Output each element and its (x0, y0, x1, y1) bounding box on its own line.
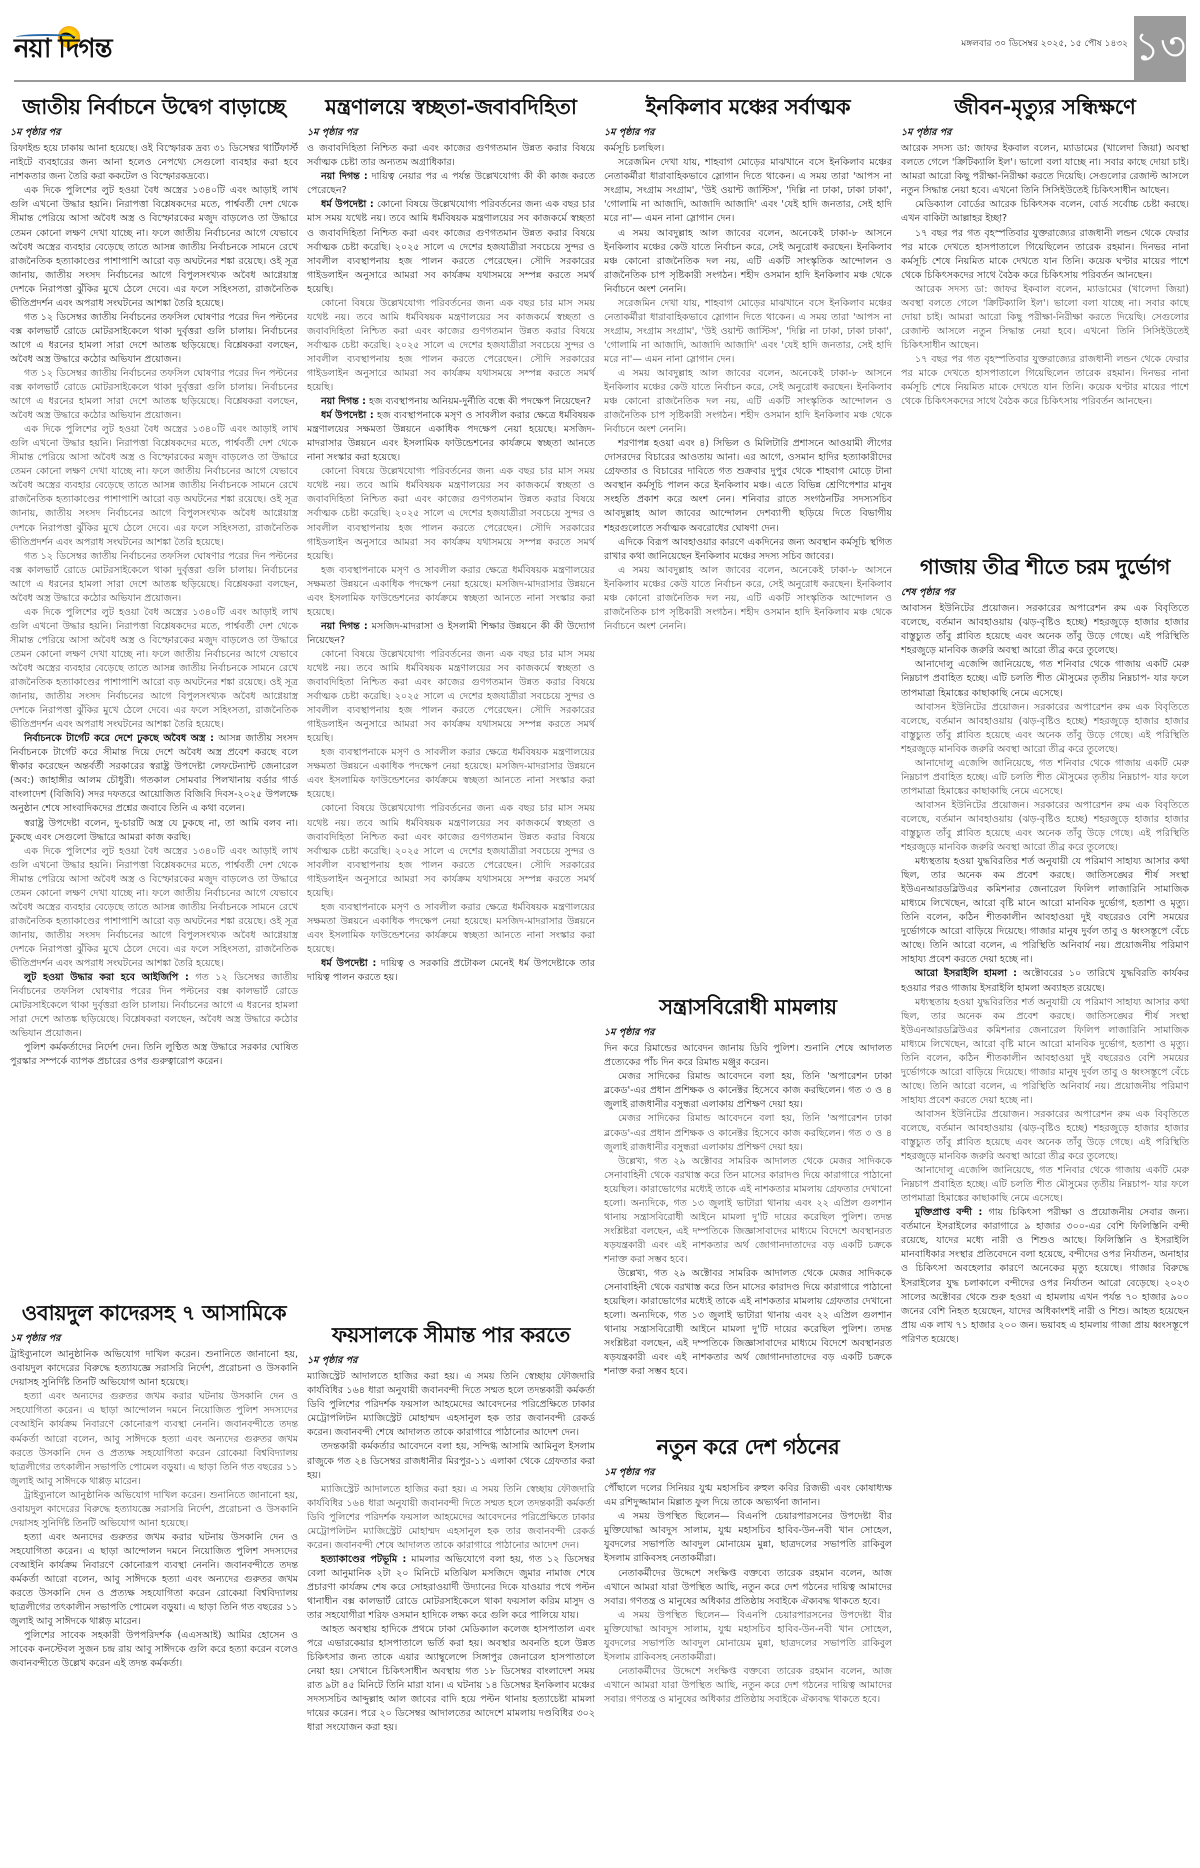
paragraph: স্বরাষ্ট্র উপদেষ্টা বলেন, দু-চারটি অস্ত্… (10, 817, 298, 845)
paragraph: নেতাকর্মীদের উদ্দেশে সংক্ষিপ্ত বক্তব্যে … (604, 1665, 892, 1707)
paragraph: হত্যা এবং অন্যদের গুরুতর জখম করার ঘটনায়… (10, 1531, 298, 1629)
paragraph: আনাদোলু এজেন্সি জানিয়েছে, গত শনিবার থেক… (901, 658, 1189, 700)
qa-item: নয়া দিগন্ত : হজ ব্যবস্থাপনায় অনিয়ম-দু… (307, 395, 595, 409)
paragraph: ম্যাজিস্ট্রেট আদালতে হাজির করা হয়। এ সম… (307, 1483, 595, 1553)
continued-label: ১ম পৃষ্ঠার পর (307, 1354, 595, 1369)
article-body: কর্মসূচি চলছিল। সরেজমিন দেখা যায়, শাহবা… (604, 142, 892, 634)
article-ministry-transparency: মন্ত্রণালয়ে স্বচ্ছতা-জবাবদিহিতা ১ম পৃষ্… (307, 94, 595, 985)
newspaper-logo[interactable]: নয়া দিগন্ত (14, 30, 111, 70)
paragraph: কোনো বিষয়ে উল্লেখযোগ্য পরিবর্তনের জন্য … (307, 297, 595, 395)
subhead-paragraph: লুট হওয়া উদ্ধার করা হবে আইজিপি : গত ১২ … (10, 971, 298, 1041)
article-body: রিফাইন্ড হয়ে ঢাকায় আনা হয়েছে। ওই বিস্… (10, 142, 298, 1069)
paragraph: এ সময় উপস্থিত ছিলেন— বিএনপি চেয়ারপারসন… (604, 1609, 892, 1665)
article-anti-terror-case: সন্ত্রাসবিরোধী মামলায় ১ম পৃষ্ঠার পর দিন… (604, 988, 892, 1379)
column-2: মন্ত্রণালয়ে স্বচ্ছতা-জবাবদিহিতা ১ম পৃষ্… (307, 88, 595, 985)
paragraph: ১৭ বছর পর গত বৃহস্পতিবার যুক্তরাজ্যের রা… (901, 353, 1189, 409)
continued-label: ১ম পৃষ্ঠার পর (604, 1026, 892, 1041)
column-1: জাতীয় নির্বাচনে উদ্বেগ বাড়াচ্ছে ১ম পৃষ… (10, 88, 298, 1069)
subhead-label: আরো ইসরাইলি হামলা : (915, 968, 1017, 979)
qa-item: ধর্ম উপদেষ্টা : কোনো বিষয়ে উল্লেখযোগ্য … (307, 198, 595, 296)
paragraph: এ সময় আবদুল্লাহ আল জাবের বলেন, অনেকেই ঢ… (604, 564, 892, 634)
article-body: দিন করে রিমান্ডের আবেদন জানায় ডিবি পুলি… (604, 1042, 892, 1379)
paragraph: আনাদোলু এজেন্সি জানিয়েছে, গত শনিবার থেক… (901, 1164, 1189, 1206)
paragraph: মেজর সাদিকের রিমান্ড আবেদনে বলা হয়, তিন… (604, 1070, 892, 1112)
paragraph: গত ১২ ডিসেম্বর জাতীয় নির্বাচনের তফসিল ঘ… (10, 367, 298, 423)
paragraph: উল্লেখ্য, গত ২৯ অক্টোবর সামরিক আদালত থেক… (604, 1155, 892, 1267)
article-inqilab-mancha: ইনকিলাব মঞ্চের সর্বাত্মক ১ম পৃষ্ঠার পর ক… (604, 94, 892, 634)
paragraph: এক দিকে পুলিশের লুট হওয়া বৈধ অস্ত্রের ১… (10, 845, 298, 971)
paragraph: এ সময় উপস্থিত ছিলেন— বিএনপি চেয়ারপারসন… (604, 1510, 892, 1566)
continued-label: ১ম পৃষ্ঠার পর (307, 126, 595, 141)
paragraph: মধ্যস্থতায় হওয়া যুদ্ধবিরতির শর্ত অনুযা… (901, 855, 1189, 967)
subhead-label: লুট হওয়া উদ্ধার করা হবে আইজিপি : (24, 972, 189, 983)
headline[interactable]: ওবায়দুল কাদেরসহ ৭ আসামিকে (10, 1300, 298, 1326)
continued-label: ১ম পৃষ্ঠার পর (901, 126, 1189, 141)
paragraph: কোনো বিষয়ে উল্লেখযোগ্য পরিবর্তনের জন্য … (307, 802, 595, 900)
article-obaidul-quader: ওবায়দুল কাদেরসহ ৭ আসামিকে ১ম পৃষ্ঠার পর… (10, 1294, 298, 1671)
paragraph: মধ্যস্থতায় হওয়া যুদ্ধবিরতির শর্ত অনুযা… (901, 996, 1189, 1108)
paragraph: আরেক সদস্য ডা: জাফর ইকবাল বলেন, ম্যাডামে… (901, 283, 1189, 353)
headline[interactable]: জীবন-মৃত্যুর সন্ধিক্ষণে (901, 94, 1189, 120)
paragraph: দিন করে রিমান্ডের আবেদন জানায় ডিবি পুলি… (604, 1042, 892, 1070)
paragraph: এ সময় আবদুল্লাহ আল জাবের বলেন, অনেকেই ঢ… (604, 367, 892, 437)
paragraph: ও জবাবদিহিতা নিশ্চিত করা এবং কাজের গুণগত… (307, 142, 595, 170)
headline[interactable]: ইনকিলাব মঞ্চের সর্বাত্মক (604, 94, 892, 120)
paragraph: ম্যাজিস্ট্রেট আদালতে হাজির করা হয়। এ সম… (307, 1370, 595, 1440)
article-body: ম্যাজিস্ট্রেট আদালতে হাজির করা হয়। এ সম… (307, 1370, 595, 1735)
article-nation-building: নতুন করে দেশ গঠনের ১ম পৃষ্ঠার পর পৌঁছালে… (604, 1428, 892, 1707)
paragraph: আরেক সদস্য ডা: জাফর ইকবাল বলেন, ম্যাডামে… (901, 142, 1189, 198)
qa-item: নয়া দিগন্ত : মসজিদ-মাদরাসা ও ইসলামী শিক… (307, 620, 595, 648)
subhead-label: নির্বাচনকে টার্গেট করে দেশে ঢুকছে অবৈধ অ… (24, 733, 214, 744)
paragraph: আনাদোলু এজেন্সি জানিয়েছে, গত শনিবার থেক… (901, 757, 1189, 799)
continued-label: ১ম পৃষ্ঠার পর (604, 1466, 892, 1481)
paragraph: কর্মসূচি চলছিল। (604, 142, 892, 156)
headline[interactable]: জাতীয় নির্বাচনে উদ্বেগ বাড়াচ্ছে (10, 94, 298, 120)
qa-item: ধর্ম উপদেষ্টা : দায়িত্ব ও সরকারি প্রটোক… (307, 957, 595, 985)
paragraph: কোনো বিষয়ে উল্লেখযোগ্য পরিবর্তনের জন্য … (307, 648, 595, 746)
subhead-paragraph: হত্যাকাণ্ডের পটভূমি : মামলার অভিযোগে বলা… (307, 1553, 595, 1623)
paragraph: পৌঁছালে দলের সিনিয়র যুগ্ম মহাসচিব রুহুল… (604, 1482, 892, 1510)
column-4: জীবন-মৃত্যুর সন্ধিক্ষণে ১ম পৃষ্ঠার পর আর… (901, 88, 1189, 409)
paragraph: হজ ব্যবস্থাপনাকে মসৃণ ও সাবলীল করার ক্ষে… (307, 564, 595, 620)
article-election-concern: জাতীয় নির্বাচনে উদ্বেগ বাড়াচ্ছে ১ম পৃষ… (10, 94, 298, 1069)
paragraph: উল্লেখ্য, গত ২৯ অক্টোবর সামরিক আদালত থেক… (604, 1267, 892, 1379)
paragraph: এদিকে বিরূপ আবহাওয়ার কারণে একদিনের জন্য… (604, 536, 892, 564)
masthead-divider (14, 80, 1186, 82)
headline[interactable]: ফয়সালকে সীমান্ত পার করতে (307, 1322, 595, 1348)
paragraph: কোনো বিষয়ে উল্লেখযোগ্য পরিবর্তনের জন্য … (307, 465, 595, 563)
headline[interactable]: নতুন করে দেশ গঠনের (604, 1434, 892, 1460)
paragraph: ট্রাইব্যুনালে আনুষ্ঠানিক অভিযোগ দাখিল কর… (10, 1489, 298, 1531)
dateline: মঙ্গলবার ৩০ ডিসেম্বর ২০২৫, ১৫ পৌষ ১৪৩২ (961, 36, 1128, 51)
logo-wing-icon (16, 34, 76, 40)
paragraph: ১৭ বছর পর গত বৃহস্পতিবার যুক্তরাজ্যের রা… (901, 227, 1189, 283)
page-number-badge: ১৩ (1134, 16, 1186, 80)
subhead-paragraph: নির্বাচনকে টার্গেট করে দেশে ঢুকছে অবৈধ অ… (10, 732, 298, 816)
article-body: আরেক সদস্য ডা: জাফর ইকবাল বলেন, ম্যাডামে… (901, 142, 1189, 409)
subhead-label: মুক্তিপ্রাপ্ত বন্দী : (915, 1207, 982, 1218)
paragraph: আবাসন ইউনিটের প্রয়োজন। সরকারের অপারেশন … (901, 1108, 1189, 1164)
paragraph: সরেজমিন দেখা যায়, শাহবাগ মোড়ের মাঝখানে… (604, 297, 892, 367)
subhead-paragraph: আরো ইসরাইলি হামলা : অক্টোবরের ১০ তারিখে … (901, 967, 1189, 995)
article-body: ও জবাবদিহিতা নিশ্চিত করা এবং কাজের গুণগত… (307, 142, 595, 985)
paragraph: সরেজমিন দেখা যায়, শাহবাগ মোড়ের মাঝখানে… (604, 156, 892, 226)
paragraph: পুলিশ কর্মকর্তাদের নির্দেশ দেন। তিনি লুণ… (10, 1041, 298, 1069)
article-faisal-border: ফয়সালকে সীমান্ত পার করতে ১ম পৃষ্ঠার পর … (307, 1316, 595, 1735)
qa-item: ধর্ম উপদেষ্টা : হজ ব্যবস্থাপনাকে মসৃণ ও … (307, 409, 595, 465)
paragraph: গত ১২ ডিসেম্বর জাতীয় নির্বাচনের তফসিল ঘ… (10, 311, 298, 367)
paragraph: নেতাকর্মীদের উদ্দেশে সংক্ষিপ্ত বক্তব্যে … (604, 1567, 892, 1609)
paragraph: এ সময় আবদুল্লাহ আল জাবের বলেন, অনেকেই ঢ… (604, 227, 892, 297)
paragraph: হত্যা এবং অন্যদের গুরুতর জখম করার ঘটনায়… (10, 1390, 298, 1488)
article-body: আবাসন ইউনিটের প্রয়োজন। সরকারের অপারেশন … (901, 602, 1189, 1346)
paragraph: এক দিকে পুলিশের লুট হওয়া বৈধ অস্ত্রের ১… (10, 184, 298, 310)
headline[interactable]: মন্ত্রণালয়ে স্বচ্ছতা-জবাবদিহিতা (307, 94, 595, 120)
continued-label: ১ম পৃষ্ঠার পর (10, 1332, 298, 1347)
paragraph: মেজর সাদিকের রিমান্ড আবেদনে বলা হয়, তিন… (604, 1112, 892, 1154)
paragraph: গত ১২ ডিসেম্বর জাতীয় নির্বাচনের তফসিল ঘ… (10, 550, 298, 606)
paragraph: আবাসন ইউনিটের প্রয়োজন। সরকারের অপারেশন … (901, 799, 1189, 855)
paragraph: শরণাপন্ন হওয়া এবং ৪) সিভিল ও মিলিটারি প… (604, 437, 892, 535)
paragraph: এক দিকে পুলিশের লুট হওয়া বৈধ অস্ত্রের ১… (10, 423, 298, 549)
article-body: ট্রাইব্যুনালে আনুষ্ঠানিক অভিযোগ দাখিল কর… (10, 1348, 298, 1671)
article-body: পৌঁছালে দলের সিনিয়র যুগ্ম মহাসচিব রুহুল… (604, 1482, 892, 1707)
paragraph: মেডিক্যাল বোর্ডের আরেক চিকিৎসক বলেন, বোর… (901, 198, 1189, 226)
continued-label: শেষ পৃষ্ঠার পর (901, 586, 1189, 601)
continued-label: ১ম পৃষ্ঠার পর (604, 126, 892, 141)
headline[interactable]: গাজায় তীব্র শীতে চরম দুর্ভোগ (901, 554, 1189, 580)
subhead-paragraph: মুক্তিপ্রাপ্ত বন্দী : গায় চিকিৎসা পরীক্… (901, 1206, 1189, 1346)
paragraph: আহত অবস্থায় হাদিকে প্রথমে ঢাকা মেডিক্যা… (307, 1623, 595, 1735)
paragraph: রিফাইন্ড হয়ে ঢাকায় আনা হয়েছে। ওই বিস্… (10, 142, 298, 184)
paragraph: ট্রাইব্যুনালে আনুষ্ঠানিক অভিযোগ দাখিল কর… (10, 1348, 298, 1390)
article-gaza-cold: গাজায় তীব্র শীতে চরম দুর্ভোগ শেষ পৃষ্ঠা… (901, 548, 1189, 1347)
qa-item: নয়া দিগন্ত : দায়িত্ব নেয়ার পর এ পর্যন… (307, 170, 595, 198)
paragraph: হজ ব্যবস্থাপনাকে মসৃণ ও সাবলীল করার ক্ষে… (307, 746, 595, 802)
subhead-label: হত্যাকাণ্ডের পটভূমি : (321, 1554, 406, 1565)
continued-label: ১ম পৃষ্ঠার পর (10, 126, 298, 141)
paragraph: তদন্তকারী কর্মকর্তার আবেদনে বলা হয়, সন্… (307, 1440, 595, 1482)
paragraph: হজ ব্যবস্থাপনাকে মসৃণ ও সাবলীল করার ক্ষে… (307, 901, 595, 957)
paragraph: পুলিশের সাবেক সহকারী উপপরিদর্শক (এএসআই) … (10, 1629, 298, 1671)
paragraph: এক দিকে পুলিশের লুট হওয়া বৈধ অস্ত্রের ১… (10, 606, 298, 732)
headline[interactable]: সন্ত্রাসবিরোধী মামলায় (604, 994, 892, 1020)
masthead: নয়া দিগন্ত মঙ্গলবার ৩০ ডিসেম্বর ২০২৫, ১… (0, 0, 1200, 82)
column-3: ইনকিলাব মঞ্চের সর্বাত্মক ১ম পৃষ্ঠার পর ক… (604, 88, 892, 634)
article-life-death: জীবন-মৃত্যুর সন্ধিক্ষণে ১ম পৃষ্ঠার পর আর… (901, 94, 1189, 409)
paragraph: আবাসন ইউনিটের প্রয়োজন। সরকারের অপারেশন … (901, 701, 1189, 757)
paragraph: আবাসন ইউনিটের প্রয়োজন। সরকারের অপারেশন … (901, 602, 1189, 658)
